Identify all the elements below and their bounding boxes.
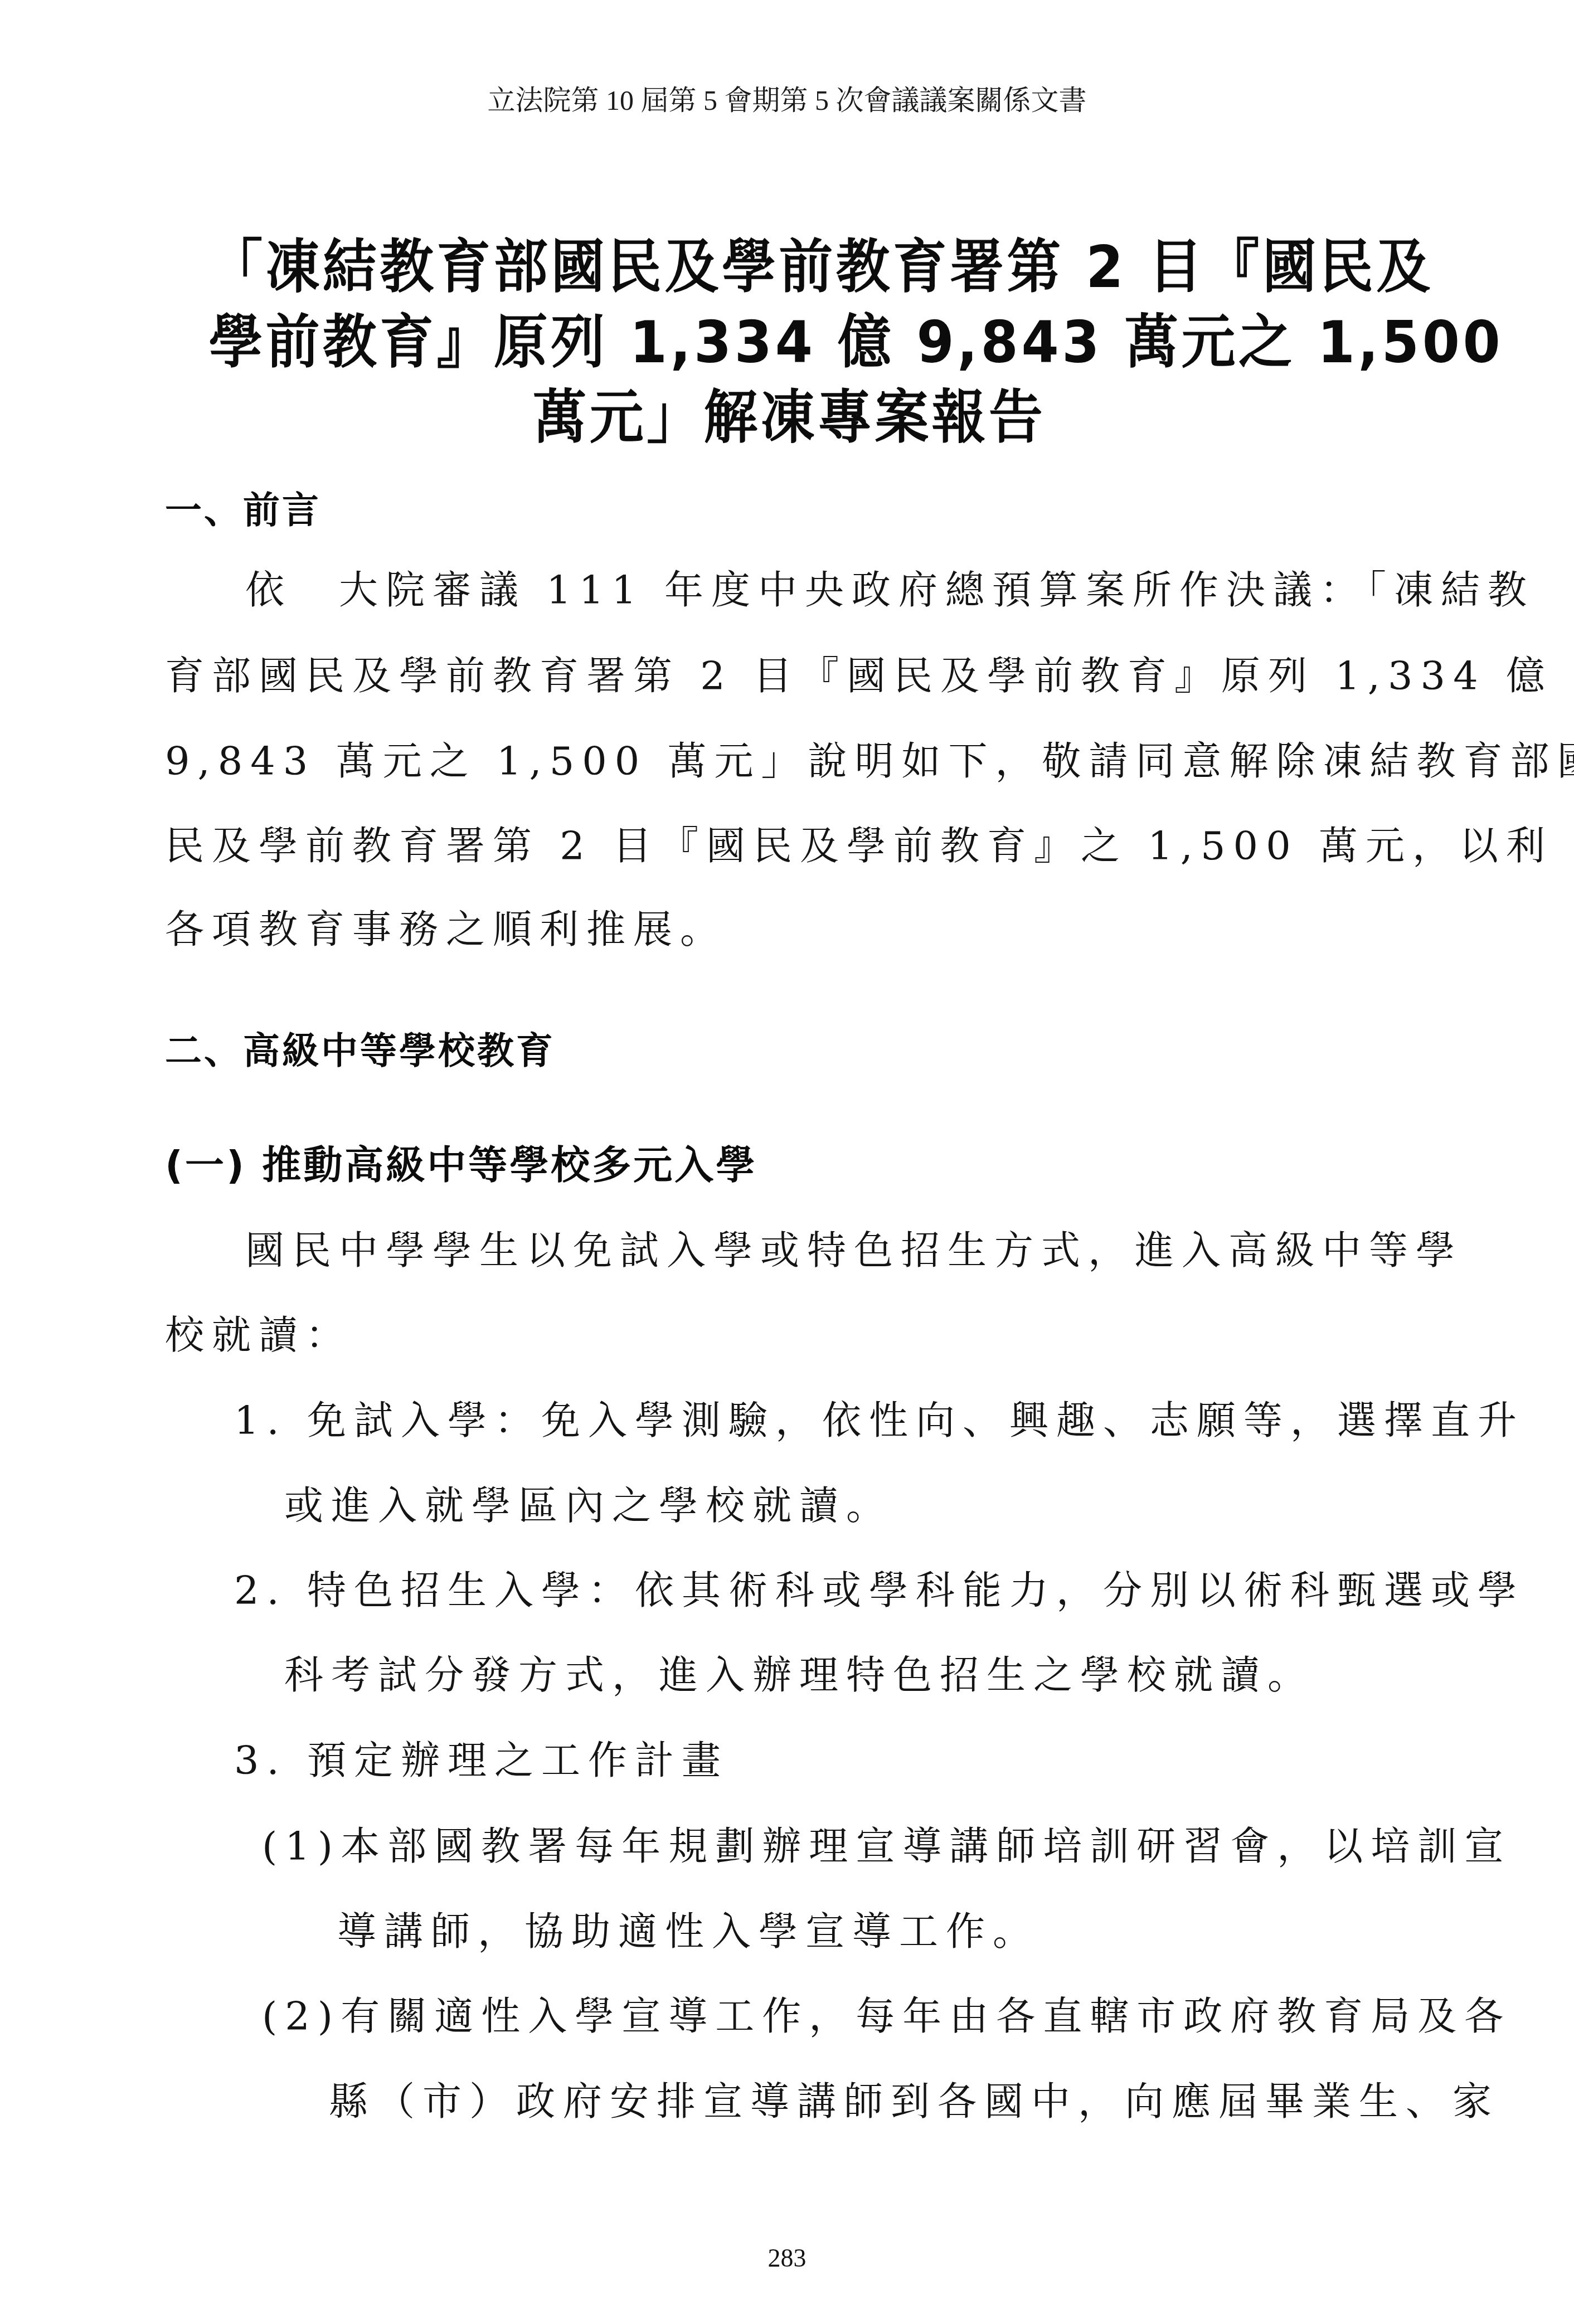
subsection-heading-multi-admission: (一) 推動高級中等學校多元入學 [165, 1134, 757, 1190]
item-1-line-1: 1. 免試入學：免入學測驗，依性向、興趣、志願等，選擇直升 [234, 1389, 1410, 1446]
subsection-intro-line-1: 國民中學學生以免試入學或特色招生方式，進入高級中等學 [245, 1219, 1410, 1276]
item-3-line-1: 3. 預定辦理之工作計畫 [234, 1729, 728, 1786]
page-number: 283 [0, 2243, 1574, 2273]
item-1-line-2: 或進入就學區內之學校就讀。 [284, 1475, 893, 1531]
report-title-line-2: 學前教育』原列 1,334 億 9,843 萬元之 1,500 [208, 295, 1369, 379]
intro-paragraph-line-1: 依 大院審議 111 年度中央政府總預算案所作決議：「凍結教 [245, 559, 1410, 615]
section-heading-intro: 一、前言 [165, 480, 321, 533]
intro-paragraph-line-2: 育部國民及學前教育署第 2 目『國民及學前教育』原列 1,334 億 [165, 645, 1413, 701]
intro-paragraph-line-5: 各項教育事務之順利推展。 [165, 898, 727, 955]
report-title-line-1: 「凍結教育部國民及學前教育署第 2 目『國民及 [208, 220, 1369, 304]
subitem-1-line-1: (1)本部國教署每年規劃辦理宣導講師培訓研習會，以培訓宣 [262, 1815, 1410, 1871]
report-title-line-3: 萬元」解凍專案報告 [208, 371, 1369, 454]
subsection-intro-line-2: 校就讀： [165, 1304, 352, 1360]
intro-paragraph-line-4: 民及學前教育署第 2 目『國民及學前教育』之 1,500 萬元，以利 [165, 815, 1413, 871]
item-2-line-1: 2. 特色招生入學：依其術科或學科能力，分別以術科甄選或學 [234, 1559, 1410, 1616]
subitem-2-line-1: (2)有關適性入學宣導工作，每年由各直轄市政府教育局及各 [262, 1985, 1410, 2041]
subitem-1-line-2: 導講師，協助適性入學宣導工作。 [337, 1900, 1039, 1957]
running-header: 立法院第 10 屆第 5 會期第 5 次會議議案關係文書 [0, 78, 1574, 118]
subitem-2-line-2: 縣（市）政府安排宣導講師到各國中，向應屆畢業生、家 [329, 2070, 1410, 2127]
section-heading-senior-high: 二、高級中等學校教育 [165, 1021, 555, 1074]
intro-paragraph-line-3: 9,843 萬元之 1,500 萬元」說明如下，敬請同意解除凍結教育部國 [165, 730, 1413, 786]
item-2-line-2: 科考試分發方式，進入辦理特色招生之學校就讀。 [284, 1644, 1314, 1700]
